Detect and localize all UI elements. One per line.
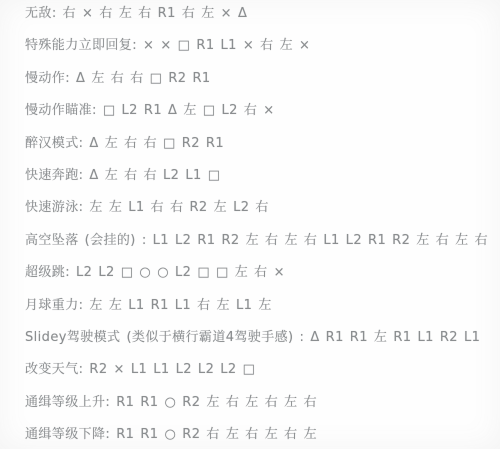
cheat-code: Δ 左 右 右 L2 L1 □ — [89, 168, 220, 183]
cheat-label: 快速游泳 — [25, 200, 79, 215]
cheat-separator: : — [79, 298, 90, 313]
cheat-code: L2 L2 □ ○ ○ L2 □ □ 左 右 × — [76, 265, 285, 280]
cheat-label: 特殊能力立即回复 — [25, 38, 132, 53]
cheat-list: 无敌: 右 × 右 左 右 R1 右 左 × Δ特殊能力立即回复: × × □ … — [25, 3, 496, 449]
cheat-code: R2 × L1 L1 L2 L2 L2 □ — [89, 362, 255, 377]
cheat-code: 右 × 右 左 右 R1 右 左 × Δ — [63, 6, 248, 21]
cheat-code: L1 L2 R1 R2 左 右 左 右 L1 L2 R1 R2 左 右 左 右 — [153, 233, 488, 248]
cheat-label: 通缉等级下降 — [25, 427, 105, 442]
cheat-row: 月球重力: 左 左 L1 R1 L1 右 左 L1 左 — [25, 295, 496, 327]
cheat-label: Slidey驾驶模式 (类似于横行霸道4驾驶手感) — [25, 330, 293, 345]
cheat-row: 通缉等级上升: R1 R1 ○ R2 左 右 左 右 左 右 — [25, 392, 496, 424]
cheat-row: 快速游泳: 左 左 L1 右 右 R2 左 L2 右 — [25, 197, 496, 229]
cheat-code: R1 R1 ○ R2 左 右 左 右 左 右 — [116, 395, 317, 410]
cheat-separator: : — [79, 168, 90, 183]
cheat-label: 月球重力 — [25, 298, 79, 313]
cheat-label: 慢动作瞄准 — [25, 103, 92, 118]
cheat-row: 慢动作瞄准: □ L2 R1 Δ 左 □ L2 右 × — [25, 100, 496, 132]
cheat-label: 超级跳 — [25, 265, 65, 280]
cheat-code: 左 左 L1 R1 L1 右 左 L1 左 — [89, 298, 271, 313]
cheat-separator: : — [79, 362, 90, 377]
cheat-row: 改变天气: R2 × L1 L1 L2 L2 L2 □ — [25, 359, 496, 391]
cheat-code: Δ 左 右 右 □ R2 R1 — [89, 136, 224, 151]
cheat-row: 醉汉模式: Δ 左 右 右 □ R2 R1 — [25, 133, 496, 165]
cheat-separator: : — [105, 395, 116, 410]
cheat-label: 慢动作 — [25, 71, 65, 86]
cheat-separator: : — [105, 427, 116, 442]
cheat-code: R1 R1 ○ R2 右 左 右 左 右 左 — [116, 427, 317, 442]
cheat-label: 改变天气 — [25, 362, 79, 377]
cheat-row: Slidey驾驶模式 (类似于横行霸道4驾驶手感) : Δ R1 R1 左 R1… — [25, 327, 496, 359]
cheat-row: 通缉等级下降: R1 R1 ○ R2 右 左 右 左 右 左 — [25, 424, 496, 449]
cheat-row: 特殊能力立即回复: × × □ R1 L1 × 右 左 × — [25, 35, 496, 67]
cheat-separator: : — [79, 136, 90, 151]
cheat-label: 快速奔跑 — [25, 168, 79, 183]
cheat-label: 通缉等级上升 — [25, 395, 105, 410]
cheat-separator: : — [52, 6, 63, 21]
cheat-row: 慢动作: Δ 左 右 右 □ R2 R1 — [25, 68, 496, 100]
cheat-code: 左 左 L1 右 右 R2 左 L2 右 — [89, 200, 268, 215]
cheat-label: 高空坠落 (会挂的) — [25, 233, 136, 248]
cheat-code: □ L2 R1 Δ 左 □ L2 右 × — [103, 103, 275, 118]
cheat-label: 醉汉模式 — [25, 136, 79, 151]
cheat-separator: : — [136, 233, 153, 248]
cheat-row: 超级跳: L2 L2 □ ○ ○ L2 □ □ 左 右 × — [25, 262, 496, 294]
cheat-code: Δ 左 右 右 □ R2 R1 — [76, 71, 211, 86]
cheat-code: × × □ R1 L1 × 右 左 × — [143, 38, 310, 53]
cheat-separator: : — [65, 71, 76, 86]
cheat-separator: : — [132, 38, 143, 53]
cheat-row: 快速奔跑: Δ 左 右 右 L2 L1 □ — [25, 165, 496, 197]
cheat-code: Δ R1 R1 左 R1 L1 R2 L1 — [310, 330, 480, 345]
cheat-row: 高空坠落 (会挂的) : L1 L2 R1 R2 左 右 左 右 L1 L2 R… — [25, 230, 496, 262]
cheat-label: 无敌 — [25, 6, 52, 21]
cheat-code-page: 无敌: 右 × 右 左 右 R1 右 左 × Δ特殊能力立即回复: × × □ … — [0, 0, 500, 449]
cheat-separator: : — [65, 265, 76, 280]
cheat-separator: : — [79, 200, 90, 215]
cheat-separator: : — [293, 330, 310, 345]
cheat-separator: : — [92, 103, 103, 118]
cheat-row: 无敌: 右 × 右 左 右 R1 右 左 × Δ — [25, 3, 496, 35]
